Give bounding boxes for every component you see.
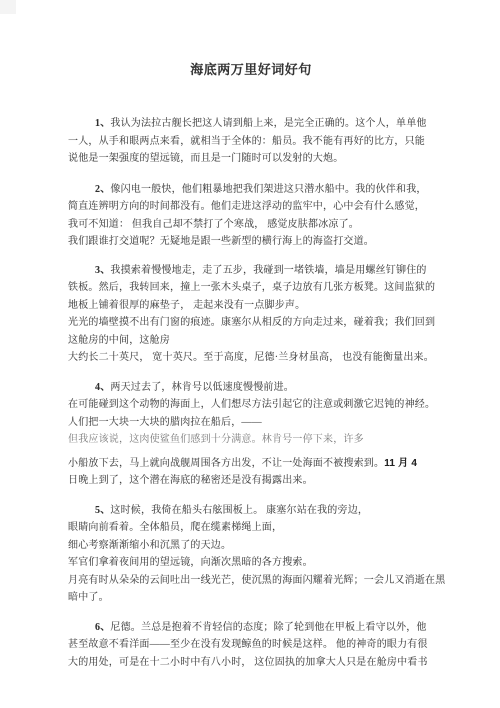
paragraph-number: 3、 <box>95 265 110 276</box>
text-line: 一人，从手和眼两点来看，就相当于全体的：船员。我不能有再好的比方，只能 <box>68 133 434 151</box>
text-line: 军官们拿着夜间用的望远镜，向渐次黑暗的各方搜索。 <box>68 554 434 572</box>
text-line: 细心考察渐渐缩小和沉黑了的天边。 <box>68 537 434 555</box>
paragraph-number: 5、 <box>95 505 110 516</box>
document-page: 海底两万里好词好句 1、我认为法拉古舰长把这人请到船上来，是完全正确的。这个人，… <box>0 0 500 708</box>
text-line: 我们跟谁打交道呢？无疑地是跟一些新型的横行海上的海盗打交道。 <box>68 233 434 251</box>
text-line: 大约长二十英尺， 宽十英尺。至于高度，尼德·兰身材虽高， 也没有能衡量出来。 <box>68 349 434 367</box>
text-line: 人们把一大块一大块的腊肉拉在船后，—— <box>68 414 434 432</box>
text-line: 铁板。然后，我转回来，撞上一张木头桌子，桌子边放有几张方板凳。这间监狱的 <box>68 279 434 297</box>
paragraph-number: 2、 <box>95 184 110 195</box>
text-line: 简直连辨明方向的时间都没有。他们走进这浮动的监牢中，心中会有什么感觉， <box>68 198 434 216</box>
paragraph-number: 1、 <box>95 118 110 129</box>
text-line: 1、我认为法拉古舰长把这人请到船上来，是完全正确的。这个人，单单他 <box>68 115 434 133</box>
text-line: 地板上铺着很厚的麻垫子， 走起来没有一点脚步声。 <box>68 297 434 315</box>
text-line: 小船放下去，马上就向战舰周围各方出发，不让一处海面不被搜索到。11 月 4 <box>68 455 434 473</box>
text-line-content: 小船放下去，马上就向战舰周围各方出发，不让一处海面不被搜索到。 <box>68 458 384 469</box>
text-line: 甚至故意不看洋面——至少在没有发现鲸鱼的时候是这样。 他的神奇的眼力有很 <box>68 636 434 654</box>
text-line: 在可能碰到这个动物的海面上，人们想尽方法引起它的注意或刺激它迟钝的神经。 <box>68 396 434 414</box>
paragraph-1: 1、我认为法拉古舰长把这人请到船上来，是完全正确的。这个人，单单他 一人，从手和… <box>68 115 434 168</box>
text-line: 眼睛向前看着。全体船员，爬在缆素梯绳上面， <box>68 519 434 537</box>
document-content: 海底两万里好词好句 1、我认为法拉古舰长把这人请到船上来，是完全正确的。这个人，… <box>68 0 434 671</box>
text-line: 4、两天过去了，林肯号以低速度慢慢前进。 <box>68 379 434 397</box>
text-line: 大的用处，可是在十二小时中有八小时， 这位固执的加拿大人只是在舱房中看书 <box>68 654 434 672</box>
paragraph-number: 6、 <box>95 622 110 633</box>
text-line-content: 这时候，我倚在船头右舷围板上。 康塞尔站在我的旁边， <box>110 505 368 516</box>
text-line: 5、这时候，我倚在船头右舷围板上。 康塞尔站在我的旁边， <box>68 502 434 520</box>
text-line: 暗中了。 <box>68 589 434 607</box>
date-text: 11 月 4 <box>384 458 417 469</box>
text-line: 6、尼德。兰总是抱着不肯轻信的态度；除了轮到他在甲板上看守以外，他 <box>68 619 434 637</box>
text-line: 这舱房的中间，这舱房 <box>68 332 434 350</box>
text-line-content: 像闪电一般快，他们粗暴地把我们架进这只潜水船中。我的伙伴和我， <box>110 184 426 195</box>
text-line: 日晚上到了，这个潜在海底的秘密还是没有揭露出来。 <box>68 472 434 490</box>
paragraph-4: 4、两天过去了，林肯号以低速度慢慢前进。 在可能碰到这个动物的海面上，人们想尽方… <box>68 379 434 490</box>
document-title: 海底两万里好词好句 <box>68 60 434 79</box>
paragraph-5: 5、这时候，我倚在船头右舷围板上。 康塞尔站在我的旁边， 眼睛向前看着。全体船员… <box>68 502 434 607</box>
paragraph-3: 3、我摸索着慢慢地走，走了五步，我碰到一堵铁墙，墙是用螺丝钉铆住的 铁板。然后，… <box>68 262 434 367</box>
text-line: 月亮有时从朵朵的云间吐出一线光芒，使沉黑的海面闪耀着光辉；一会儿又消逝在黑 <box>68 572 434 590</box>
text-line-content: 我认为法拉古舰长把这人请到船上来，是完全正确的。这个人，单单他 <box>110 118 426 129</box>
text-line: 光光的墙壁摸不出有门窗的痕迹。康塞尔从相反的方向走过来，碰着我；我们回到 <box>68 314 434 332</box>
scan-corner-artifact <box>0 0 16 14</box>
paragraph-2: 2、像闪电一般快，他们粗暴地把我们架进这只潜水船中。我的伙伴和我， 简直连辨明方… <box>68 181 434 251</box>
text-line: 2、像闪电一般快，他们粗暴地把我们架进这只潜水船中。我的伙伴和我， <box>68 181 434 199</box>
text-line: 3、我摸索着慢慢地走，走了五步，我碰到一堵铁墙，墙是用螺丝钉铆住的 <box>68 262 434 280</box>
paragraph-number: 4、 <box>95 382 110 393</box>
text-line-content: 我摸索着慢慢地走，走了五步，我碰到一堵铁墙，墙是用螺丝钉铆住的 <box>110 265 426 276</box>
text-line-content: 尼德。兰总是抱着不肯轻信的态度；除了轮到他在甲板上看守以外，他 <box>110 622 426 633</box>
text-line-content: 两天过去了，林肯号以低速度慢慢前进。 <box>110 382 294 393</box>
paragraph-6: 6、尼德。兰总是抱着不肯轻信的态度；除了轮到他在甲板上看守以外，他 甚至故意不看… <box>68 619 434 672</box>
text-line: 说他是一架强度的望远镜，而且是一门随时可以发射的大炮。 <box>68 150 434 168</box>
text-line: 但我应该说，这肉使鲨鱼们感到十分满意。林肯号一停下来，许多 <box>68 431 434 449</box>
text-line: 我可不知道： 但我自己却不禁打了个寒战， 感觉皮肤都冰凉了。 <box>68 216 434 234</box>
